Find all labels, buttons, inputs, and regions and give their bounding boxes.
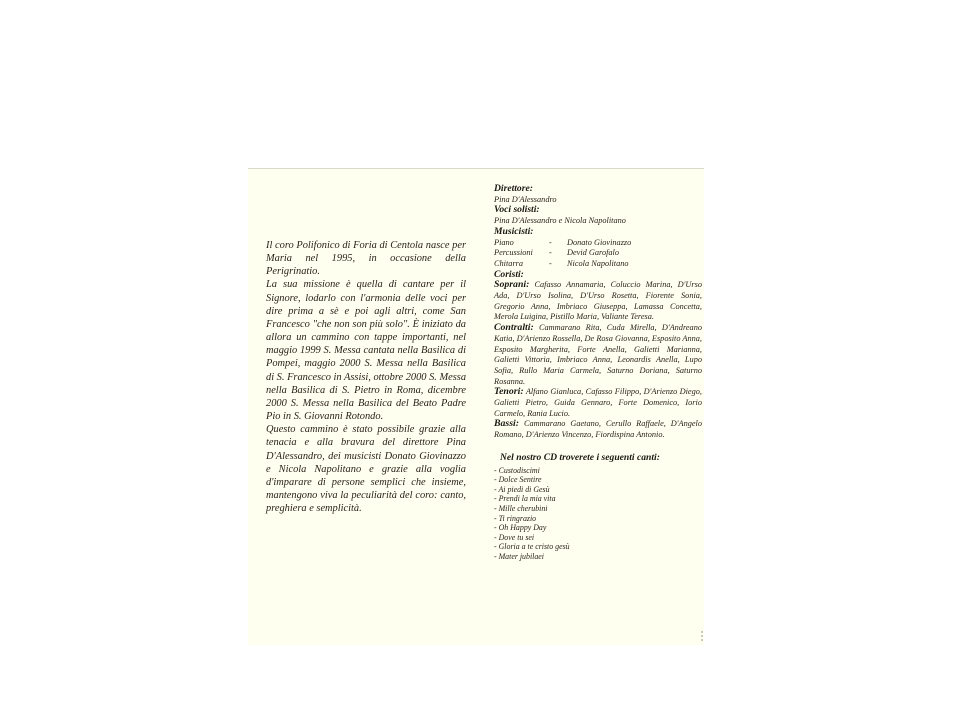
song-item: Gloria a te cristo gesù <box>494 542 702 552</box>
cd-tracklist: Custodiscimi Dolce Sentire Ai piedi di G… <box>494 466 702 562</box>
song-item: Prendi la mia vita <box>494 494 702 504</box>
instrument: Piano <box>494 238 549 249</box>
intro-paragraph: Il coro Polifonico di Foria di Centola n… <box>266 239 466 278</box>
song-item: Ai piedi di Gesù <box>494 485 702 495</box>
section-contralti: Contralti: Cammarano Rita, Cuda Mirella,… <box>494 323 702 387</box>
section-members: Alfano Gianluca, Cafasso Filippo, D'Arie… <box>494 387 702 417</box>
scan-artifact <box>701 631 705 641</box>
dash: - <box>549 259 567 270</box>
thanks-paragraph: Questo cammino è stato possibile grazie … <box>266 423 466 515</box>
song-item: Mille cherubini <box>494 504 702 514</box>
section-bassi: Bassi: Cammarano Gaetano, Cerullo Raffae… <box>494 419 702 440</box>
credits-column: Direttore: Pina D'Alessandro Voci solist… <box>494 184 702 562</box>
song-item: Dolce Sentire <box>494 475 702 485</box>
dash: - <box>549 238 567 249</box>
musicians-label: Musicisti: <box>494 227 702 238</box>
dash: - <box>549 248 567 259</box>
song-item: Oh Happy Day <box>494 523 702 533</box>
section-tenori: Tenori: Alfano Gianluca, Cafasso Filippo… <box>494 387 702 419</box>
section-soprani: Soprani: Cafasso Annamaria, Coluccio Mar… <box>494 280 702 323</box>
section-label: Contralti: <box>494 322 534 333</box>
song-item: Dove tu sei <box>494 533 702 543</box>
section-members: Cammarano Gaetano, Cerullo Raffaele, D'A… <box>494 419 702 439</box>
song-item: Ti ringrazio <box>494 514 702 524</box>
director-label: Direttore: <box>494 184 702 195</box>
section-label: Tenori: <box>494 386 524 397</box>
musician-row: Chitarra - Nicola Napolitano <box>494 259 702 270</box>
song-item: Mater jubilaei <box>494 552 702 562</box>
cd-tracklist-title: Nel nostro CD troverete i seguenti canti… <box>500 453 702 464</box>
choir-history-column: Il coro Polifonico di Foria di Centola n… <box>266 239 466 515</box>
musician-name: Nicola Napolitano <box>567 259 629 270</box>
section-label: Bassi: <box>494 418 519 429</box>
mission-paragraph: La sua missione è quella di cantare per … <box>266 278 466 423</box>
musician-name: Devid Garofalo <box>567 248 619 259</box>
instrument: Percussioni <box>494 248 549 259</box>
musician-row: Piano - Donato Giovinazzo <box>494 238 702 249</box>
section-label: Soprani: <box>494 279 529 290</box>
scanned-booklet-page: Il coro Polifonico di Foria di Centola n… <box>248 168 704 645</box>
song-item: Custodiscimi <box>494 466 702 476</box>
musician-row: Percussioni - Devid Garofalo <box>494 248 702 259</box>
soloists-label: Voci solisti: <box>494 205 702 216</box>
musician-name: Donato Giovinazzo <box>567 238 631 249</box>
